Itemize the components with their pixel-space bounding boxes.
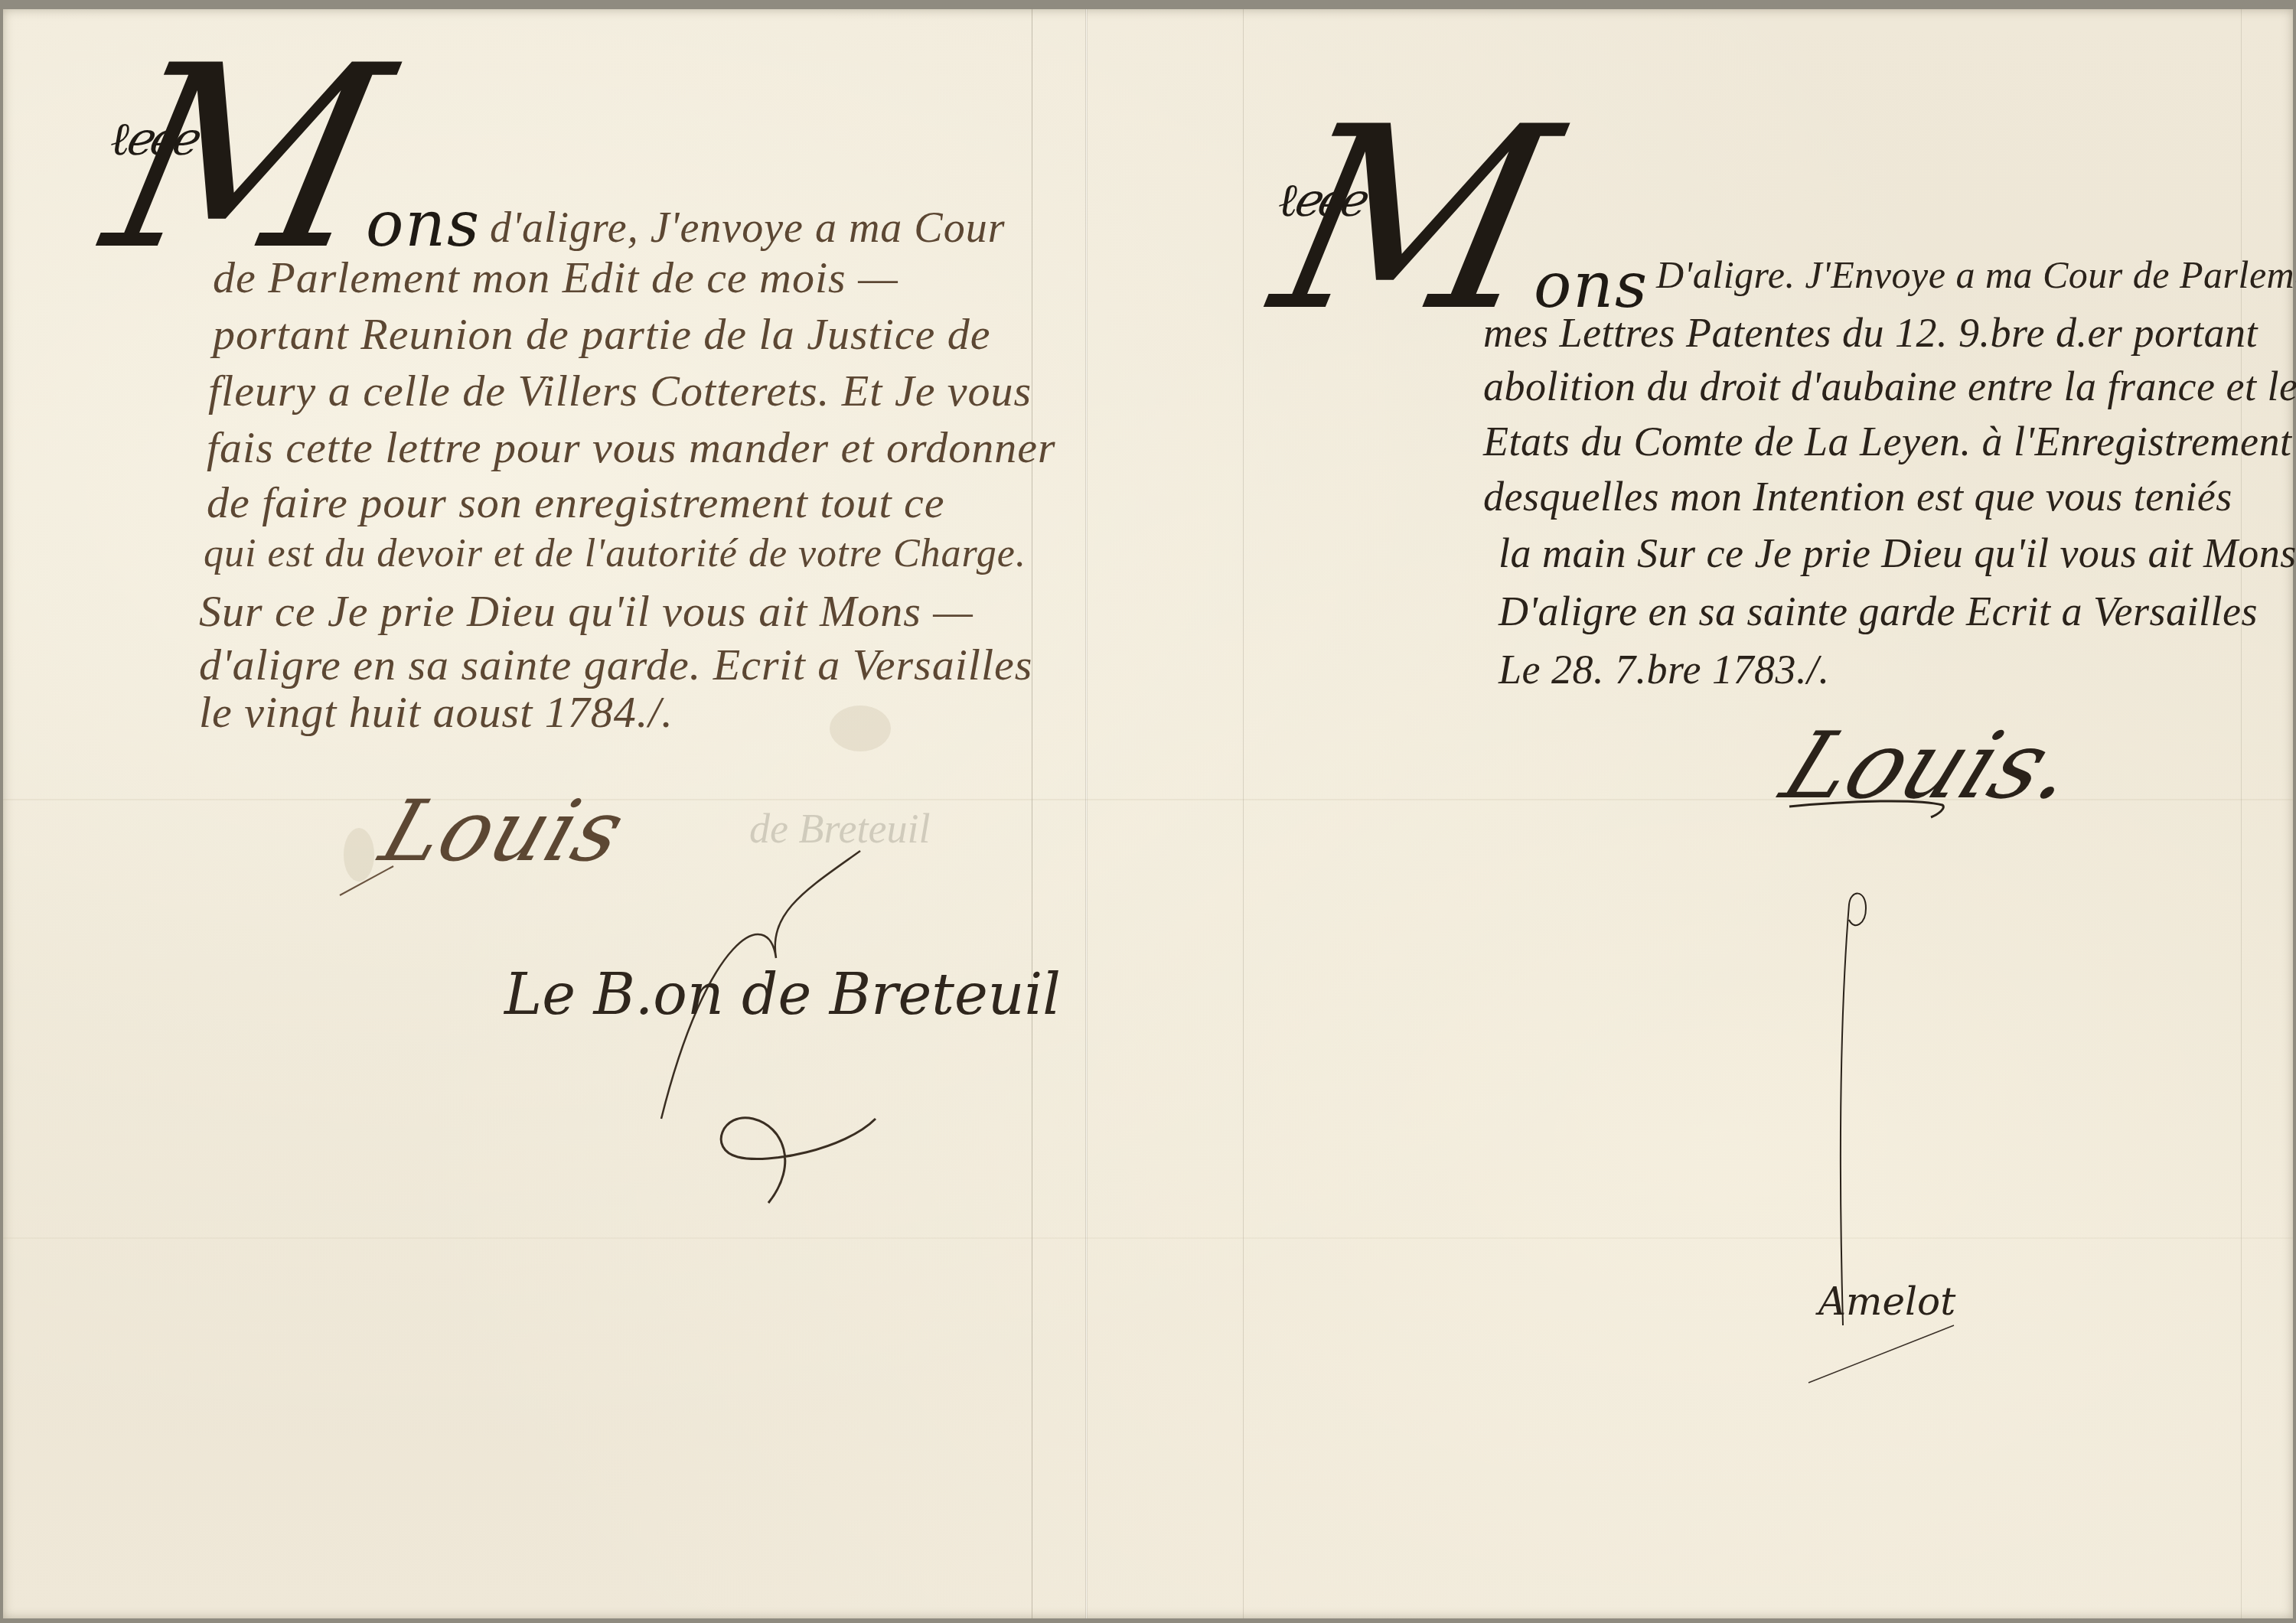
right-letter: ℓℯℯℯ Mons D'aligre. J'Envoye a ma Cour d… bbox=[1085, 9, 2293, 1618]
left-line-4: fleury a celle de Villers Cotterets. Et … bbox=[208, 369, 1032, 413]
right-line-5: desquelles mon Intention est que vous te… bbox=[1483, 476, 2232, 517]
left-line-1: d'aligre, J'envoye a ma Cour bbox=[490, 207, 1006, 249]
signature-underline-icon bbox=[1789, 797, 1958, 820]
signature-flourish-icon bbox=[340, 866, 401, 897]
left-salutation-initial: ℓℯℯℯ Mons bbox=[118, 32, 481, 285]
right-line-7: D'aligre en sa sainte garde Ecrit a Vers… bbox=[1499, 591, 2258, 632]
left-line-2: de Parlement mon Edit de ce mois — bbox=[213, 256, 899, 300]
left-line-8: Sur ce Je prie Dieu qu'il vous ait Mons … bbox=[199, 589, 974, 634]
right-line-1: D'aligre. J'Envoye a ma Cour de Parlemen… bbox=[1656, 256, 2296, 294]
left-line-3: portant Reunion de partie de la Justice … bbox=[213, 312, 991, 357]
left-line-9: d'aligre en sa sainte garde. Ecrit a Ver… bbox=[199, 643, 1032, 687]
right-line-4: Etats du Comte de La Leyen. à l'Enregist… bbox=[1483, 421, 2291, 462]
countersign-paraph-icon bbox=[1820, 874, 1881, 1333]
left-countersignature: Le B.on de Breteuil bbox=[504, 962, 1061, 1028]
right-salutation-initial: ℓℯℯℯ Mons bbox=[1286, 93, 1649, 346]
right-line-3: abolition du droit d'aubaine entre la fr… bbox=[1483, 366, 2296, 407]
right-line-2: mes Lettres Patentes du 12. 9.bre d.er p… bbox=[1483, 312, 2258, 354]
right-countersignature: Amelot bbox=[1818, 1279, 1955, 1324]
left-line-6: de faire pour son enregistrement tout ce bbox=[207, 481, 945, 525]
manuscript-sheet: ℓℯℯℯ Mons d'aligre, J'envoye a ma Cour d… bbox=[3, 9, 2293, 1618]
right-line-6: la main Sur ce Je prie Dieu qu'il vous a… bbox=[1499, 533, 2296, 574]
left-line-7: qui est du devoir et de l'autorité de vo… bbox=[204, 534, 1026, 574]
left-king-signature: Louis bbox=[370, 782, 636, 880]
left-line-5: fais cette lettre pour vous mander et or… bbox=[207, 425, 1056, 470]
left-letter: ℓℯℯℯ Mons d'aligre, J'envoye a ma Cour d… bbox=[3, 9, 1085, 1618]
countersign-underline-icon bbox=[1808, 1325, 1962, 1387]
right-line-8: Le 28. 7.bre 1783./. bbox=[1499, 649, 1829, 690]
left-line-10: le vingt huit aoust 1784./. bbox=[199, 690, 673, 735]
